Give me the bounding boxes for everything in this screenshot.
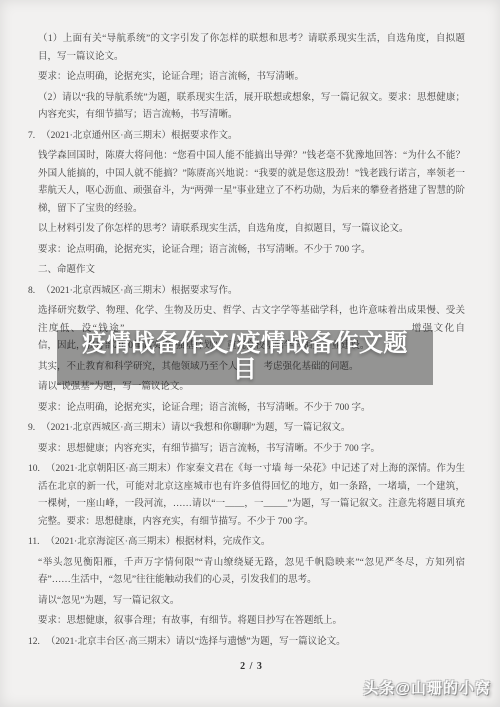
exam-item: 12.（2021·北京丰台区·高三期末）请以“选择与遗憾”为题，写一篇议论文。: [38, 634, 465, 652]
paragraph: 以上材料引发了你怎样的思考？请联系现实生活，自选角度，自拟题目，写一篇议论文。: [38, 221, 465, 239]
item-number: 10.: [28, 464, 40, 474]
paragraph: “举头忽见衡阳雁，千声万字情何限”“青山缭绕疑无路，忽见千帆隐映来”“忽见严冬尽…: [38, 555, 465, 590]
paragraph: （1）上面有关“导航系统”的文字引发了你怎样的联想和思考？请联系现实生活，自选角…: [38, 31, 465, 66]
paragraph: 要求：思想健康；内容充实，有细节描写；语言流畅，书写清晰。不少于 700 字。: [38, 441, 465, 459]
exam-item: 10.（2021·北京朝阳区·高三期末）作家秦文君在《每一寸墙 每一朵花》中记述…: [38, 461, 465, 531]
toutiao-watermark: 头条@山珊的小窝: [363, 677, 491, 698]
exam-item: 9.（2021·北京西城区·高三期末）请以“我想和你聊聊”为题，写一篇记叙文。: [38, 420, 465, 438]
paragraph: 要求：论点明确，论据充实，论证合理；语言流畅，书写清晰。: [38, 69, 465, 87]
paragraph: 请以“忽见”为题，写一篇记叙文。: [38, 593, 465, 611]
exam-item: 7.（2021·北京通州区·高三期末）根据要求作文。: [38, 128, 465, 146]
item-number: 8.: [28, 286, 35, 296]
article-title-line1: 疫情战备作文/疫情战备作文题: [57, 331, 433, 357]
article-title-overlay: 疫情战备作文/疫情战备作文题 目: [57, 330, 433, 385]
exam-item: 11.（2021·北京海淀区·高三期末）根据材料，完成作文。: [38, 534, 465, 552]
paragraph: 钱学森回国时，陈赓大将问他：“您看中国人能不能搞出导弹？”钱老毫不犹豫地回答：“…: [38, 148, 465, 218]
paragraph: 要求：论点明确，论据充实，论证合理；语言流畅，书写清晰。不少于 700 字。: [38, 242, 465, 260]
article-title-line2: 目: [57, 357, 433, 383]
paragraph: （2）请以“我的导航系统”为题，联系现实生活，展开联想或想象，写一篇记叙文。要求…: [38, 90, 465, 125]
item-number: 12.: [28, 637, 40, 647]
paragraph: 要求：思想健康，叙事合理；有故事，有细节。将题目抄写在答题纸上。: [38, 613, 465, 631]
item-number: 11.: [28, 537, 40, 547]
section-heading: 二、命题作文: [38, 262, 465, 280]
page-indicator: 2 / 3: [38, 658, 465, 676]
item-number: 7.: [28, 131, 35, 141]
item-number: 9.: [28, 423, 35, 433]
exam-item: 8.（2021·北京西城区·高三期末）根据要求写作。: [38, 283, 465, 301]
paragraph: 要求：论点明确，论据充实，论证合理；语言流畅，书写清晰。不少于 700 字。: [38, 400, 465, 418]
